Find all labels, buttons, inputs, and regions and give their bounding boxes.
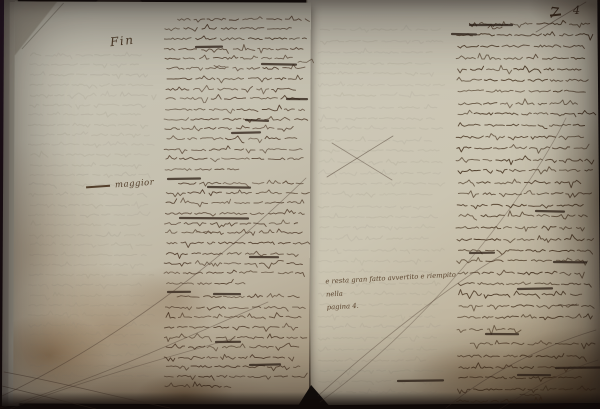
page-number: 4 — [573, 4, 580, 17]
manuscript-photo: Fin maggior 7 4 e resta gran fatto avver… — [0, 0, 600, 409]
marginal-note: e resta gran fatto avvertito e riempito … — [325, 269, 461, 315]
correction-dash-stroke — [86, 185, 110, 188]
handwriting-art — [0, 0, 600, 409]
fin-annotation: Fin — [109, 33, 135, 49]
